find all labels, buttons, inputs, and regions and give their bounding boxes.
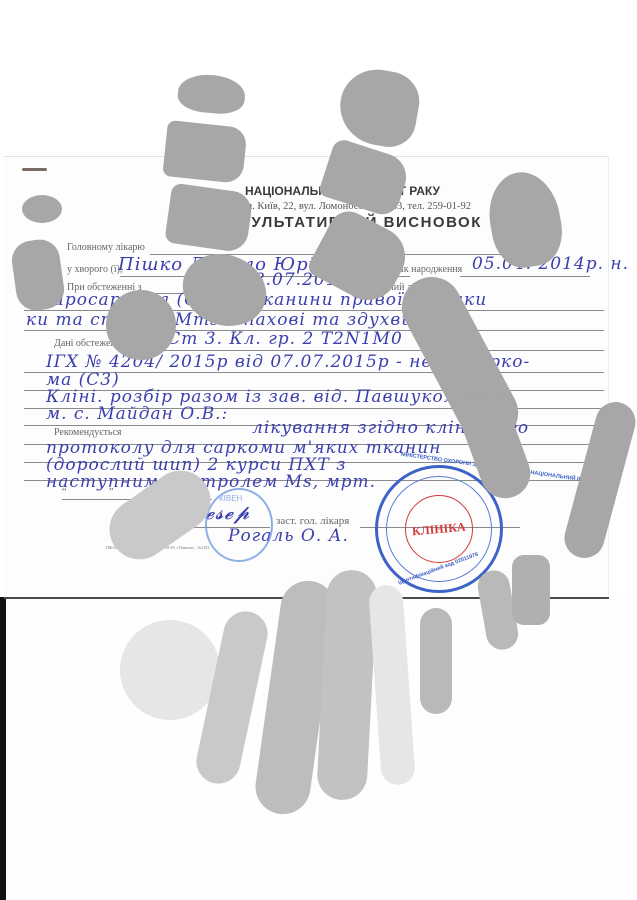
stamp-center-text: КЛІНІКА xyxy=(412,519,467,539)
watermark-shape xyxy=(22,195,62,223)
clinic-center-stamp: КЛІНІКА xyxy=(405,495,473,563)
watermark-shape xyxy=(420,608,452,714)
field-line xyxy=(460,276,590,277)
exam-data-line-4: м. с. Майдан О.В.: xyxy=(46,404,228,424)
recommended-label: Рекомендується xyxy=(54,427,122,438)
watermark-shape xyxy=(164,183,254,254)
patient-label: у хворого (ї), xyxy=(67,264,122,275)
small-round-stamp: КІВЕН xyxy=(205,488,273,562)
watermark-shape xyxy=(512,555,550,625)
small-stamp-text: КІВЕН xyxy=(219,494,242,503)
watermark-shape xyxy=(106,290,176,360)
watermark-shape xyxy=(120,620,220,720)
chief-doctor-label: Головному лікарю xyxy=(67,242,145,253)
birth-year-label: рік народження xyxy=(396,264,462,275)
watermark-shape xyxy=(162,120,247,184)
field-line xyxy=(120,350,604,351)
